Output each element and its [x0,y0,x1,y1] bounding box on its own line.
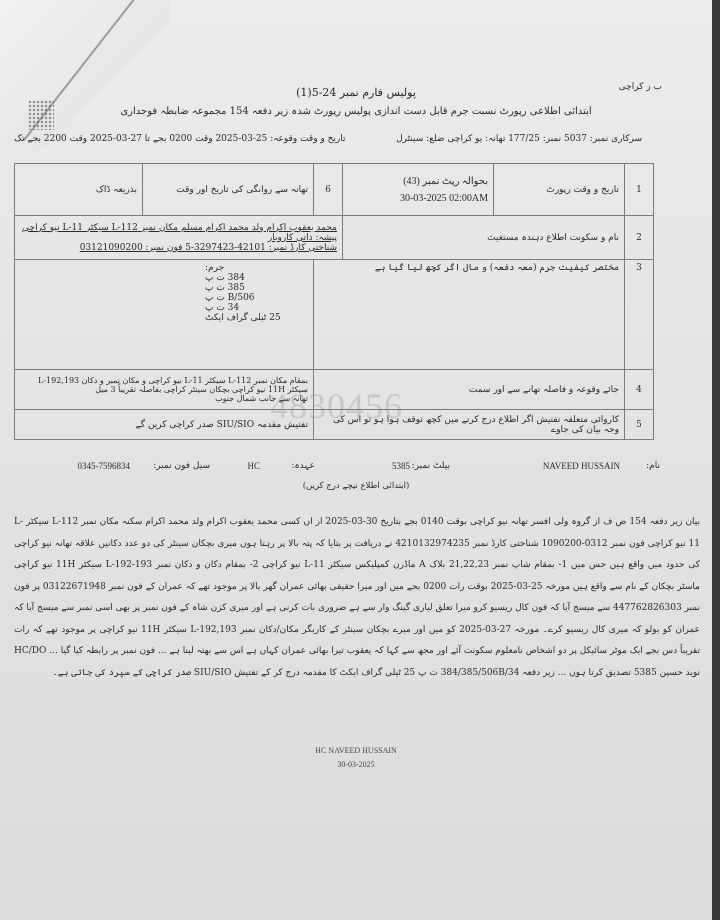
fir-document-page: ب ز کراچی پولیس فارم نمبر 24-5(1) ابتدائ… [0,0,712,920]
investigation-assignment: تفتیش مقدمہ SIU/SIO صدر کراچی کریں گے [15,410,314,440]
form-subtitle: ابتدائی اطلاعی رپورٹ نسبت جرم قابل دست ا… [0,106,712,117]
complainant-name-address: محمد یعقوب اکرام ولد محمد اکرام مسلم مکا… [20,223,337,243]
report-datetime: بحوالہ رپٹ نمبر (43) 30-03-2025 02:00AM [343,164,494,216]
place-direction: تھانہ سے جانب شمال جنوب [20,394,308,403]
place-of-occurrence: بمقام مکان نمبر L-112 سیکٹر L-11 نیو کرا… [15,370,314,410]
row-number: 1 [625,164,654,216]
table-row: 1 تاریخ و وقت رپورٹ بحوالہ رپٹ نمبر (43)… [15,164,654,216]
offences-list: جرم: 384 ت پ 385 ت پ 506/B ت پ 34 ت پ 25… [15,260,314,370]
incident-datetime-label: تاریخ و وقت وقوعہ: [270,134,345,144]
table-row: 3 مختصر کیفیت جرم (معہ دفعہ) و مال اگر ک… [15,260,654,370]
signature-date: 30-03-2025 [0,760,712,769]
incident-datetime-value: 25-03-2025 وقت 0200 بجے تا 27-03-2025 وق… [14,134,267,144]
complainant-details: محمد یعقوب اکرام ولد محمد اکرام مسلم مکا… [15,216,343,260]
incident-datetime: تاریخ و وقت وقوعہ: 25-03-2025 وقت 0200 ب… [14,134,346,144]
officer-name: NAVEED HUSSAIN [543,461,620,471]
row-label: تاریخ و وقت رپورٹ [494,164,625,216]
case-meta: سرکاری نمبر: 5037 نمبر: 177/25 تھانہ: یو… [396,134,642,144]
row-number-6: 6 [314,164,343,216]
row-number: 5 [625,410,654,440]
place-address: بمقام مکان نمبر L-112 سیکٹر L-11 نیو کرا… [20,376,308,394]
row-label: مختصر کیفیت جرم (معہ دفعہ) و مال اگر کچھ… [314,260,625,370]
background-edge [712,0,720,920]
folded-corner [0,0,170,150]
watermark-number: 4830456 [270,385,403,427]
row-number: 4 [625,370,654,410]
phone-label: سیل فون نمبر: [153,461,210,471]
officer-details: نام: NAVEED HUSSAIN بیلٹ نمبر: 5385 عہدہ… [40,461,660,475]
report-time: 30-03-2025 02:00AM [348,193,488,204]
rank-label: عہدہ: [291,461,315,471]
table-row: 2 نام و سکونت اطلاع دہندہ مستغیث محمد یع… [15,216,654,260]
form-title: پولیس فارم نمبر 24-5(1) [0,86,712,99]
complainant-cnic-phone: شناختی کارڈ نمبر: 42101-3297423-5 فون نم… [20,243,337,253]
complaint-statement: بیان زیر دفعہ 154 ض ف از گروہ ولی افسر ت… [14,512,700,684]
report-ref: بحوالہ رپٹ نمبر (43) [348,176,488,187]
row-number: 2 [625,216,654,260]
dispatch-label: تھانہ سے روانگی کی تاریخ اور وقت [143,164,314,216]
belt-label: بیلٹ نمبر: [412,461,450,471]
row-label: نام و سکونت اطلاع دہندہ مستغیث [343,216,625,260]
offence-item: 506/B ت پ [205,293,308,303]
offence-item: 384 ت پ [205,273,308,283]
offence-item: 25 ٹیلی گراف ایکٹ [205,313,308,323]
phone-number: 0345-7596834 [78,461,131,471]
officer-name-label: نام: [646,461,660,471]
offence-item: 34 ت پ [205,303,308,313]
rank: HC [247,461,260,471]
offences-heading: جرم: [205,263,308,273]
offence-item: 385 ت پ [205,283,308,293]
instruction-note: (ابتدائی اطلاع نیچے درج کریں) [0,480,712,491]
row-number: 3 [625,260,654,370]
dispatch-value: بذریعہ ڈاک [15,164,143,216]
belt-number: 5385 [392,461,410,471]
signature-name: HC NAVEED HUSSAIN [0,746,712,755]
